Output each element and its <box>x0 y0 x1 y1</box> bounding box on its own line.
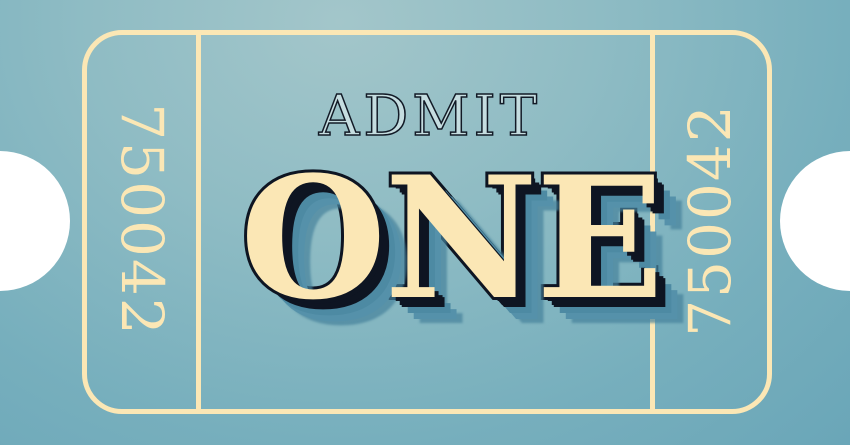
left-notch <box>0 151 70 291</box>
left-stub-divider <box>196 30 201 414</box>
right-notch <box>780 151 850 291</box>
right-serial-number: 750042 <box>678 70 742 370</box>
left-serial-number: 750042 <box>110 70 174 370</box>
one-heading: ONE <box>240 148 630 328</box>
